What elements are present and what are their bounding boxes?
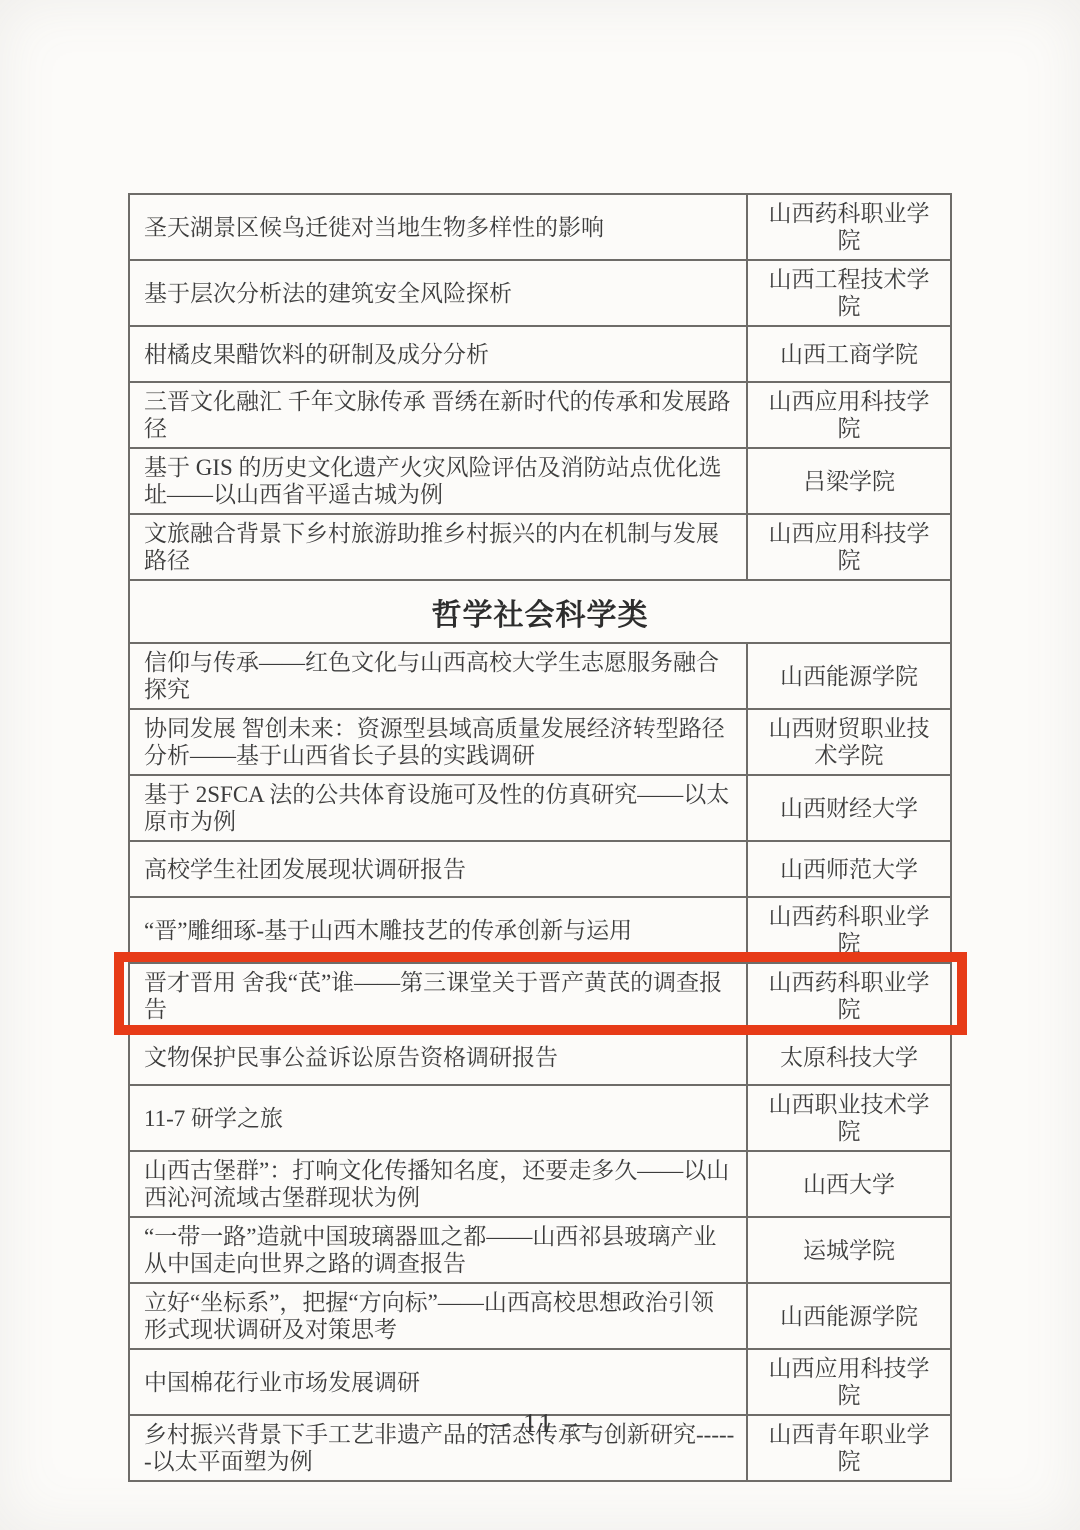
- institution-cell: 吕梁学院: [747, 448, 951, 514]
- institution-cell: 山西应用科技学院: [747, 382, 951, 448]
- project-title-cell: 基于 GIS 的历史文化遗产火灾风险评估及消防站点优化选址——以山西省平遥古城为…: [129, 448, 747, 514]
- project-title-cell: 中国棉花行业市场发展调研: [129, 1349, 747, 1415]
- institution-cell: 山西能源学院: [747, 1283, 951, 1349]
- table-row: 圣天湖景区候鸟迁徙对当地生物多样性的影响山西药科职业学院: [129, 194, 951, 260]
- institution-cell: 山西财贸职业技术学院: [747, 709, 951, 775]
- project-title-cell: 信仰与传承——红色文化与山西高校大学生志愿服务融合探究: [129, 643, 747, 709]
- project-title-cell: 协同发展 智创未来：资源型县域高质量发展经济转型路径分析——基于山西省长子县的实…: [129, 709, 747, 775]
- institution-cell: 山西药科职业学院: [747, 897, 951, 963]
- section-header-row: 哲学社会科学类: [129, 580, 951, 643]
- table-row: 协同发展 智创未来：资源型县域高质量发展经济转型路径分析——基于山西省长子县的实…: [129, 709, 951, 775]
- table-row: 山西古堡群”：打响文化传播知名度，还要走多久——以山西沁河流域古堡群现状为例山西…: [129, 1151, 951, 1217]
- institution-cell: 山西大学: [747, 1151, 951, 1217]
- institution-cell: 山西应用科技学院: [747, 1349, 951, 1415]
- institution-cell: 山西药科职业学院: [747, 194, 951, 260]
- page-number: — 11 —: [0, 1408, 1078, 1439]
- project-title-cell: 圣天湖景区候鸟迁徙对当地生物多样性的影响: [129, 194, 747, 260]
- table-row: 文物保护民事公益诉讼原告资格调研报告太原科技大学: [129, 1029, 951, 1085]
- project-title-cell: 基于层次分析法的建筑安全风险探析: [129, 260, 747, 326]
- project-title-cell: 三晋文化融汇 千年文脉传承 晋绣在新时代的传承和发展路径: [129, 382, 747, 448]
- table-row-highlighted: 晋才晋用 舍我“芪”谁——第三课堂关于晋产黄芪的调查报告山西药科职业学院: [129, 963, 951, 1029]
- table-body: 圣天湖景区候鸟迁徙对当地生物多样性的影响山西药科职业学院基于层次分析法的建筑安全…: [129, 194, 951, 1481]
- section-header-label: 哲学社会科学类: [129, 580, 951, 643]
- project-title-cell: 文旅融合背景下乡村旅游助推乡村振兴的内在机制与发展路径: [129, 514, 747, 580]
- table-row: 基于 GIS 的历史文化遗产火灾风险评估及消防站点优化选址——以山西省平遥古城为…: [129, 448, 951, 514]
- table-row: 立好“坐标系”，把握“方向标”——山西高校思想政治引领形式现状调研及对策思考山西…: [129, 1283, 951, 1349]
- table-row: 文旅融合背景下乡村旅游助推乡村振兴的内在机制与发展路径山西应用科技学院: [129, 514, 951, 580]
- project-title-cell: 山西古堡群”：打响文化传播知名度，还要走多久——以山西沁河流域古堡群现状为例: [129, 1151, 747, 1217]
- table-row: 11-7 研学之旅山西职业技术学院: [129, 1085, 951, 1151]
- project-title-cell: 11-7 研学之旅: [129, 1085, 747, 1151]
- project-title-cell: 柑橘皮果醋饮料的研制及成分分析: [129, 326, 747, 382]
- project-title-cell: 立好“坐标系”，把握“方向标”——山西高校思想政治引领形式现状调研及对策思考: [129, 1283, 747, 1349]
- table-row: 高校学生社团发展现状调研报告山西师范大学: [129, 841, 951, 897]
- institution-cell: 山西应用科技学院: [747, 514, 951, 580]
- institution-cell: 山西药科职业学院: [747, 963, 951, 1029]
- table-row: “一带一路”造就中国玻璃器皿之都——山西祁县玻璃产业从中国走向世界之路的调查报告…: [129, 1217, 951, 1283]
- institution-cell: 山西工商学院: [747, 326, 951, 382]
- table-row: 信仰与传承——红色文化与山西高校大学生志愿服务融合探究山西能源学院: [129, 643, 951, 709]
- project-title-cell: 基于 2SFCA 法的公共体育设施可及性的仿真研究——以太原市为例: [129, 775, 747, 841]
- project-award-table: 圣天湖景区候鸟迁徙对当地生物多样性的影响山西药科职业学院基于层次分析法的建筑安全…: [128, 193, 952, 1482]
- table-row: 三晋文化融汇 千年文脉传承 晋绣在新时代的传承和发展路径山西应用科技学院: [129, 382, 951, 448]
- project-title-cell: 晋才晋用 舍我“芪”谁——第三课堂关于晋产黄芪的调查报告: [129, 963, 747, 1029]
- table-row: 中国棉花行业市场发展调研山西应用科技学院: [129, 1349, 951, 1415]
- project-title-cell: “一带一路”造就中国玻璃器皿之都——山西祁县玻璃产业从中国走向世界之路的调查报告: [129, 1217, 747, 1283]
- institution-cell: 山西职业技术学院: [747, 1085, 951, 1151]
- institution-cell: 太原科技大学: [747, 1029, 951, 1085]
- table-row: 柑橘皮果醋饮料的研制及成分分析山西工商学院: [129, 326, 951, 382]
- institution-cell: 山西财经大学: [747, 775, 951, 841]
- document-page: 圣天湖景区候鸟迁徙对当地生物多样性的影响山西药科职业学院基于层次分析法的建筑安全…: [0, 0, 1080, 1530]
- institution-cell: 运城学院: [747, 1217, 951, 1283]
- table-row: 基于 2SFCA 法的公共体育设施可及性的仿真研究——以太原市为例山西财经大学: [129, 775, 951, 841]
- table-row: “晋”雕细琢-基于山西木雕技艺的传承创新与运用山西药科职业学院: [129, 897, 951, 963]
- project-title-cell: 高校学生社团发展现状调研报告: [129, 841, 747, 897]
- project-title-cell: 文物保护民事公益诉讼原告资格调研报告: [129, 1029, 747, 1085]
- institution-cell: 山西工程技术学院: [747, 260, 951, 326]
- table-row: 基于层次分析法的建筑安全风险探析山西工程技术学院: [129, 260, 951, 326]
- institution-cell: 山西师范大学: [747, 841, 951, 897]
- project-title-cell: “晋”雕细琢-基于山西木雕技艺的传承创新与运用: [129, 897, 747, 963]
- institution-cell: 山西能源学院: [747, 643, 951, 709]
